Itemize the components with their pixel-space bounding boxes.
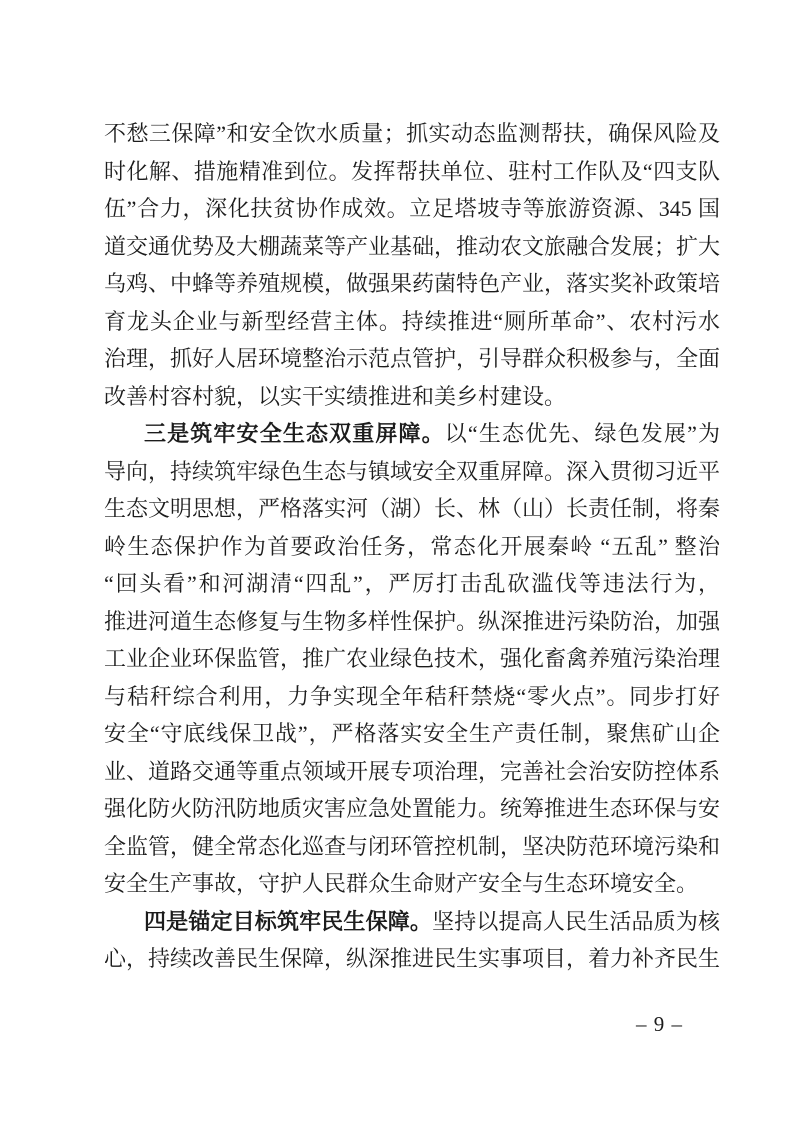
text-line: 岭生态保护作为首要政治任务，常态化开展秦岭 “五乱” 整治	[104, 528, 720, 566]
text-line: 导向，持续筑牢绿色生态与镇域安全双重屏障。深入贯彻习近平	[104, 453, 720, 491]
text-line: 三是筑牢安全生态双重屏障。以“生态优先、绿色发展”为	[104, 415, 720, 453]
text-line: 心，持续改善民生保障，纵深推进民生实事项目，着力补齐民生	[104, 940, 720, 978]
text-line: 推进河道生态修复与生物多样性保护。纵深推进污染防治，加强	[104, 603, 720, 641]
text-line: 安全生产事故，守护人民群众生命财产安全与生态环境安全。	[104, 865, 720, 903]
text-line: 安全“守底线保卫战”，严格落实安全生产责任制，聚焦矿山企	[104, 715, 720, 753]
document-body: 不愁三保障”和安全饮水质量；抓实动态监测帮扶，确保风险及 时化解、措施精准到位。…	[104, 115, 720, 978]
paragraph-1: 不愁三保障”和安全饮水质量；抓实动态监测帮扶，确保风险及 时化解、措施精准到位。…	[104, 115, 720, 415]
text-line: 与秸秆综合利用，力争实现全年秸秆禁烧“零火点”。同步打好	[104, 678, 720, 716]
text-line: 四是锚定目标筑牢民生保障。坚持以提高人民生活品质为核	[104, 903, 720, 941]
paragraph-lead-rest: 以“生态优先、绿色发展”为	[445, 421, 720, 446]
text-line: 生态文明思想，严格落实河（湖）长、林（山）长责任制，将秦	[104, 490, 720, 528]
paragraph-3: 四是锚定目标筑牢民生保障。坚持以提高人民生活品质为核 心，持续改善民生保障，纵深…	[104, 903, 720, 978]
text-line: 工业企业环保监管，推广农业绿色技术，强化畜禽养殖污染治理	[104, 640, 720, 678]
document-page: 不愁三保障”和安全饮水质量；抓实动态监测帮扶，确保风险及 时化解、措施精准到位。…	[0, 0, 793, 1122]
text-line: 道交通优势及大棚蔬菜等产业基础，推动农文旅融合发展；扩大	[104, 228, 720, 266]
text-line: 时化解、措施精准到位。发挥帮扶单位、驻村工作队及“四支队	[104, 153, 720, 191]
paragraph-lead-bold: 四是锚定目标筑牢民生保障。	[144, 909, 432, 934]
paragraph-lead-bold: 三是筑牢安全生态双重屏障。	[144, 421, 445, 446]
text-line: 伍”合力，深化扶贫协作成效。立足塔坡寺等旅游资源、345 国	[104, 190, 720, 228]
page-number: – 9 –	[636, 1011, 716, 1037]
text-line: 育龙头企业与新型经营主体。持续推进“厕所革命”、农村污水	[104, 303, 720, 341]
paragraph-lead-rest: 坚持以提高人民生活品质为核	[432, 909, 720, 934]
text-line: “回头看”和河湖清“四乱”，严厉打击乱砍滥伐等违法行为，	[104, 565, 720, 603]
text-line: 乌鸡、中蜂等养殖规模，做强果药菌特色产业，落实奖补政策培	[104, 265, 720, 303]
text-line: 业、道路交通等重点领域开展专项治理，完善社会治安防控体系，	[104, 753, 720, 791]
paragraph-2: 三是筑牢安全生态双重屏障。以“生态优先、绿色发展”为 导向，持续筑牢绿色生态与镇…	[104, 415, 720, 903]
text-line: 改善村容村貌，以实干实绩推进和美乡村建设。	[104, 378, 720, 416]
text-line: 治理，抓好人居环境整治示范点管护，引导群众积极参与，全面	[104, 340, 720, 378]
text-line: 全监管，健全常态化巡查与闭环管控机制，坚决防范环境污染和	[104, 828, 720, 866]
text-line: 强化防火防汛防地质灾害应急处置能力。统筹推进生态环保与安	[104, 790, 720, 828]
text-line: 不愁三保障”和安全饮水质量；抓实动态监测帮扶，确保风险及	[104, 115, 720, 153]
